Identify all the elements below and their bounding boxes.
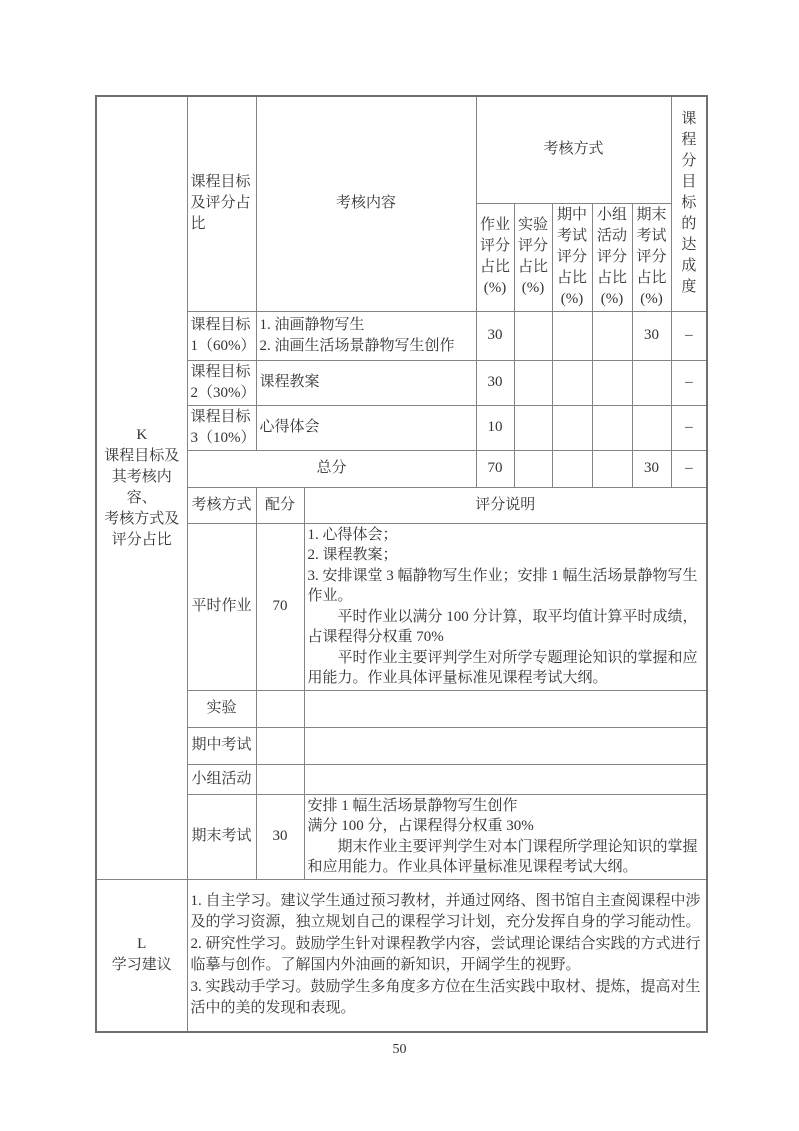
total-group [592, 450, 632, 487]
table-row: 期末考试 30 安排 1 幅生活场景静物写生创作 满分 100 分，占课程得分权… [96, 794, 707, 879]
objective-2-midterm [552, 360, 592, 405]
header-points: 配分 [256, 487, 304, 523]
objective-1-attainment: – [671, 311, 707, 360]
learning-suggestion-line: 2. 研究性学习。鼓励学生针对课程教学内容，尝试理论课结合实践的方式进行临摹与创… [191, 934, 704, 977]
objective-3-label: 课程目标 3（10%） [187, 405, 256, 450]
table-row: L 学习建议 1. 自主学习。建议学生通过预习教材，并通过网络、图书馆自主查阅课… [96, 879, 707, 1032]
course-assessment-table: K 课程目标及 其考核内容、 考核方式及 评分占比 课程目标及评分占比 考核内容… [95, 95, 708, 1033]
objective-3-midterm [552, 405, 592, 450]
description-line: 2. 课程教案； [308, 545, 704, 566]
description-line: 平时作业主要评判学生对所学专题理论知识的掌握和应用能力。作业具体评量标准见课程考… [308, 648, 704, 689]
objective-2-label: 课程目标 2（30%） [187, 360, 256, 405]
method-midterm-description [304, 727, 707, 764]
table-row: 实验 [96, 690, 707, 727]
total-attainment: – [671, 450, 707, 487]
objective-2-group [592, 360, 632, 405]
objective-3-group [592, 405, 632, 450]
method-midterm-label: 期中考试 [187, 727, 256, 764]
description-line: 3. 安排课堂 3 幅静物写生作业；安排 1 幅生活场景静物写生作业。 [308, 566, 704, 607]
description-line: 平时作业以满分 100 分计算，取平均值计算平时成绩，占课程得分权重 70% [308, 607, 704, 648]
objective-3-experiment [514, 405, 552, 450]
header-final-exam-percent: 期末考试评分占比(%) [632, 203, 671, 311]
table-row: 课程目标 1（60%） 1. 油画静物写生 2. 油画生活场景静物写生创作 30… [96, 311, 707, 360]
method-homework-points: 70 [256, 523, 304, 690]
section-l-content: 1. 自主学习。建议学生通过预习教材，并通过网络、图书馆自主查阅课程中涉及的学习… [187, 879, 707, 1032]
method-group-activity-label: 小组活动 [187, 764, 256, 794]
objective-3-attainment: – [671, 405, 707, 450]
header-experiment-percent: 实验评分占比(%) [514, 203, 552, 311]
total-final: 30 [632, 450, 671, 487]
method-final-exam-label: 期末考试 [187, 794, 256, 879]
header-attainment-column: 课程分目标的达成度 [671, 96, 707, 311]
objective-1-homework: 30 [476, 311, 514, 360]
method-homework-description: 1. 心得体会； 2. 课程教案； 3. 安排课堂 3 幅静物写生作业；安排 1… [304, 523, 707, 690]
description-line: 安排 1 幅生活场景静物写生创作 [308, 796, 704, 817]
objective-2-content: 课程教案 [256, 360, 476, 405]
objective-2-experiment [514, 360, 552, 405]
header-homework-percent: 作业评分占比(%) [476, 203, 514, 311]
section-k-side-label: K 课程目标及 其考核内容、 考核方式及 评分占比 [96, 96, 187, 879]
method-experiment-label: 实验 [187, 690, 256, 727]
objective-3-final [632, 405, 671, 450]
page-number: 50 [0, 1042, 799, 1058]
method-final-exam-description: 安排 1 幅生活场景静物写生创作 满分 100 分，占课程得分权重 30% 期末… [304, 794, 707, 879]
header-assessment-content: 考核内容 [256, 96, 476, 311]
method-homework-label: 平时作业 [187, 523, 256, 690]
description-line: 1. 心得体会； [308, 525, 704, 546]
objective-1-midterm [552, 311, 592, 360]
objective-1-content: 1. 油画静物写生 2. 油画生活场景静物写生创作 [256, 311, 476, 360]
method-experiment-points [256, 690, 304, 727]
header-midterm-percent: 期中考试评分占比(%) [552, 203, 592, 311]
total-midterm [552, 450, 592, 487]
total-experiment [514, 450, 552, 487]
header-method: 考核方式 [187, 487, 256, 523]
total-homework: 70 [476, 450, 514, 487]
objective-2-final [632, 360, 671, 405]
table-row: 课程目标 2（30%） 课程教案 30 – [96, 360, 707, 405]
method-group-activity-points [256, 764, 304, 794]
method-experiment-description [304, 690, 707, 727]
learning-suggestion-line: 1. 自主学习。建议学生通过预习教材，并通过网络、图书馆自主查阅课程中涉及的学习… [191, 891, 704, 934]
objective-1-group [592, 311, 632, 360]
objective-3-content: 心得体会 [256, 405, 476, 450]
total-row-label: 总分 [187, 450, 476, 487]
table-row: 课程目标 3（10%） 心得体会 10 – [96, 405, 707, 450]
header-group-activity-percent: 小组活动评分占比(%) [592, 203, 632, 311]
method-midterm-points [256, 727, 304, 764]
section-l-side-label: L 学习建议 [96, 879, 187, 1032]
learning-suggestion-line: 3. 实践动手学习。鼓励学生多角度多方位在生活实践中取材、提炼，提高对生活中的美… [191, 977, 704, 1020]
description-line: 满分 100 分，占课程得分权重 30% [308, 816, 704, 837]
table-row: 平时作业 70 1. 心得体会； 2. 课程教案； 3. 安排课堂 3 幅静物写… [96, 523, 707, 690]
objective-2-attainment: – [671, 360, 707, 405]
objective-1-experiment [514, 311, 552, 360]
table-row: 期中考试 [96, 727, 707, 764]
objective-1-label: 课程目标 1（60%） [187, 311, 256, 360]
header-assessment-method-group: 考核方式 [476, 96, 671, 203]
table-row: 总分 70 30 – [96, 450, 707, 487]
description-line: 期末作业主要评判学生对本门课程所学理论知识的掌握和应用能力。作业具体评量标准见课… [308, 837, 704, 878]
objective-1-final: 30 [632, 311, 671, 360]
header-objective-column: 课程目标及评分占比 [187, 96, 256, 311]
table-row: 小组活动 [96, 764, 707, 794]
method-group-activity-description [304, 764, 707, 794]
objective-3-homework: 10 [476, 405, 514, 450]
header-scoring-description: 评分说明 [304, 487, 707, 523]
objective-2-homework: 30 [476, 360, 514, 405]
method-final-exam-points: 30 [256, 794, 304, 879]
